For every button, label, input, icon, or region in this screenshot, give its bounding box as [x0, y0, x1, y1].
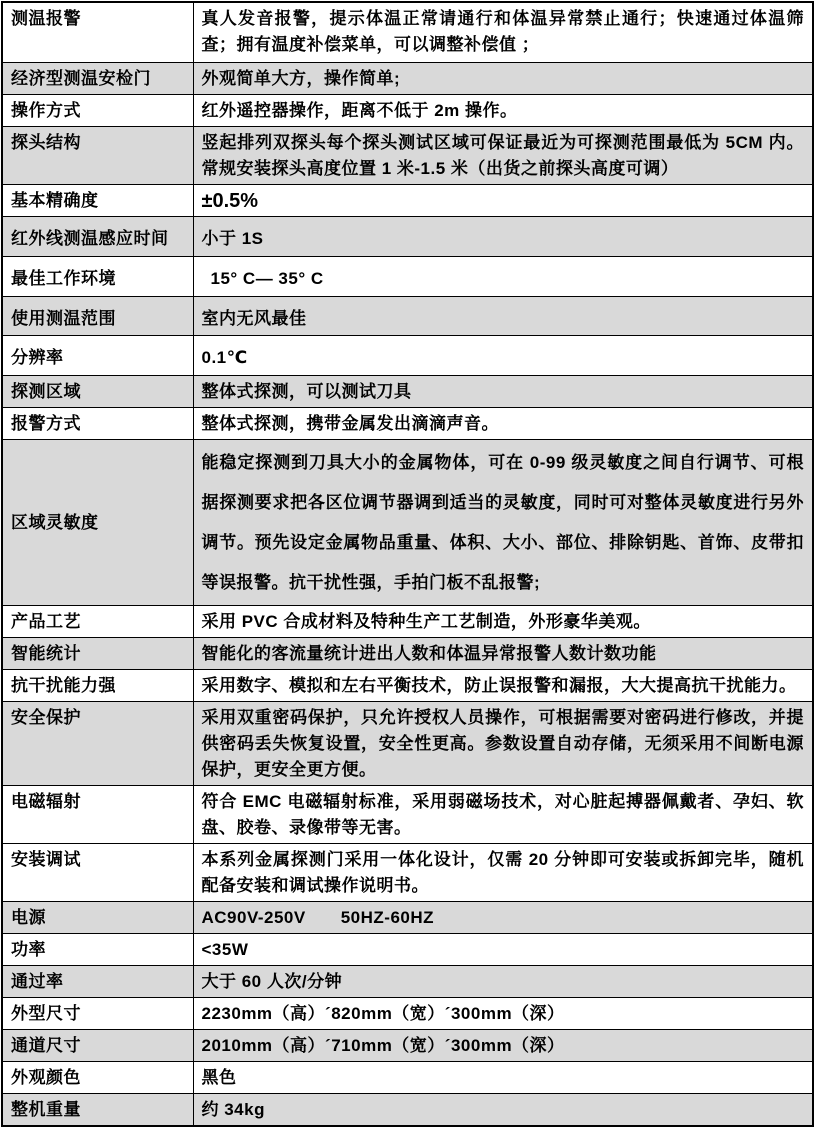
spec-value: 大于 60 人次/分钟: [193, 965, 813, 997]
spec-label: 外观颜色: [2, 1061, 193, 1093]
spec-sheet-page: 测温报警 真人发音报警，提示体温正常请通行和体温异常禁止通行；快速通过体温筛查；…: [0, 1, 815, 1084]
spec-value: 红外遥控器操作，距离不低于 2m 操作。: [193, 94, 813, 126]
spec-label: 探头结构: [2, 126, 193, 184]
spec-label: 智能统计: [2, 637, 193, 669]
spec-value: 室内无风最佳: [193, 296, 813, 335]
spec-label: 抗干扰能力强: [2, 669, 193, 701]
spec-value: ±0.5%: [193, 184, 813, 216]
spec-label: 通过率: [2, 965, 193, 997]
spec-label: 测温报警: [2, 2, 193, 62]
spec-label: 安装调试: [2, 843, 193, 901]
spec-value: 0.1℃: [193, 335, 813, 375]
spec-label: 探测区域: [2, 375, 193, 407]
spec-row: 分辨率 0.1℃: [2, 335, 813, 375]
spec-value: 整体式探测，携带金属发出滴滴声音。: [193, 407, 813, 439]
spec-value: 竖起排列双探头每个探头测试区域可保证最近为可探测范围最低为 5CM 内。常规安装…: [193, 126, 813, 184]
spec-value: 外观简单大方，操作简单;: [193, 62, 813, 94]
spec-label: 最佳工作环境: [2, 256, 193, 296]
spec-value: 2230mm（高）´820mm（宽）´300mm（深）: [193, 997, 813, 1029]
spec-row: 电磁辐射 符合 EMC 电磁辐射标准，采用弱磁场技术，对心脏起搏器佩戴者、孕妇、…: [2, 785, 813, 843]
spec-label: 报警方式: [2, 407, 193, 439]
spec-label: 基本精确度: [2, 184, 193, 216]
spec-label: 功率: [2, 933, 193, 965]
spec-value: 本系列金属探测门采用一体化设计，仅需 20 分钟即可安装或拆卸完毕，随机配备安装…: [193, 843, 813, 901]
spec-value: 15° C— 35° C: [193, 256, 813, 296]
spec-row: 智能统计 智能化的客流量统计进出人数和体温异常报警人数计数功能: [2, 637, 813, 669]
spec-value: <35W: [193, 933, 813, 965]
spec-row: 经济型测温安检门 外观简单大方，操作简单;: [2, 62, 813, 94]
spec-label: 区域灵敏度: [2, 439, 193, 605]
spec-value: 黑色: [193, 1061, 813, 1093]
spec-row: 产品工艺 采用 PVC 合成材料及特种生产工艺制造，外形豪华美观。: [2, 605, 813, 637]
spec-table-body: 测温报警 真人发音报警，提示体温正常请通行和体温异常禁止通行；快速通过体温筛查；…: [2, 2, 813, 1126]
spec-value: 小于 1S: [193, 216, 813, 256]
spec-label: 整机重量: [2, 1093, 193, 1126]
spec-label: 电源: [2, 901, 193, 933]
spec-row: 外型尺寸 2230mm（高）´820mm（宽）´300mm（深）: [2, 997, 813, 1029]
spec-row: 通过率 大于 60 人次/分钟: [2, 965, 813, 997]
spec-value: AC90V-250V 50HZ-60HZ: [193, 901, 813, 933]
spec-row: 抗干扰能力强 采用数字、模拟和左右平衡技术，防止误报警和漏报，大大提高抗干扰能力…: [2, 669, 813, 701]
spec-row: 安全保护 采用双重密码保护，只允许授权人员操作，可根据需要对密码进行修改，并提供…: [2, 701, 813, 785]
spec-value: 能稳定探测到刀具大小的金属物体，可在 0-99 级灵敏度之间自行调节、可根据探测…: [193, 439, 813, 605]
spec-label: 产品工艺: [2, 605, 193, 637]
spec-label: 经济型测温安检门: [2, 62, 193, 94]
spec-value: 2010mm（高）´710mm（宽）´300mm（深）: [193, 1029, 813, 1061]
spec-value: 采用数字、模拟和左右平衡技术，防止误报警和漏报，大大提高抗干扰能力。: [193, 669, 813, 701]
spec-row: 报警方式 整体式探测，携带金属发出滴滴声音。: [2, 407, 813, 439]
spec-row: 探头结构 竖起排列双探头每个探头测试区域可保证最近为可探测范围最低为 5CM 内…: [2, 126, 813, 184]
spec-row: 探测区域 整体式探测，可以测试刀具: [2, 375, 813, 407]
spec-row: 安装调试 本系列金属探测门采用一体化设计，仅需 20 分钟即可安装或拆卸完毕，随…: [2, 843, 813, 901]
spec-row: 测温报警 真人发音报警，提示体温正常请通行和体温异常禁止通行；快速通过体温筛查；…: [2, 2, 813, 62]
spec-value: 智能化的客流量统计进出人数和体温异常报警人数计数功能: [193, 637, 813, 669]
spec-label: 电磁辐射: [2, 785, 193, 843]
spec-row: 操作方式 红外遥控器操作，距离不低于 2m 操作。: [2, 94, 813, 126]
spec-label: 操作方式: [2, 94, 193, 126]
spec-row: 区域灵敏度 能稳定探测到刀具大小的金属物体，可在 0-99 级灵敏度之间自行调节…: [2, 439, 813, 605]
spec-value: 整体式探测，可以测试刀具: [193, 375, 813, 407]
spec-label: 使用测温范围: [2, 296, 193, 335]
spec-label: 红外线测温感应时间: [2, 216, 193, 256]
spec-row: 通道尺寸 2010mm（高）´710mm（宽）´300mm（深）: [2, 1029, 813, 1061]
spec-row: 整机重量 约 34kg: [2, 1093, 813, 1126]
spec-label: 安全保护: [2, 701, 193, 785]
spec-table: 测温报警 真人发音报警，提示体温正常请通行和体温异常禁止通行；快速通过体温筛查；…: [1, 1, 814, 1127]
spec-label: 分辨率: [2, 335, 193, 375]
spec-value: 符合 EMC 电磁辐射标准，采用弱磁场技术，对心脏起搏器佩戴者、孕妇、软盘、胶卷…: [193, 785, 813, 843]
spec-label: 通道尺寸: [2, 1029, 193, 1061]
spec-row: 红外线测温感应时间 小于 1S: [2, 216, 813, 256]
spec-row: 基本精确度 ±0.5%: [2, 184, 813, 216]
spec-row: 使用测温范围 室内无风最佳: [2, 296, 813, 335]
spec-value: 采用 PVC 合成材料及特种生产工艺制造，外形豪华美观。: [193, 605, 813, 637]
spec-row: 电源 AC90V-250V 50HZ-60HZ: [2, 901, 813, 933]
spec-value: 约 34kg: [193, 1093, 813, 1126]
spec-row: 功率 <35W: [2, 933, 813, 965]
spec-value: 采用双重密码保护，只允许授权人员操作，可根据需要对密码进行修改，并提供密码丢失恢…: [193, 701, 813, 785]
spec-row: 最佳工作环境 15° C— 35° C: [2, 256, 813, 296]
spec-row: 外观颜色 黑色: [2, 1061, 813, 1093]
spec-value: 真人发音报警，提示体温正常请通行和体温异常禁止通行；快速通过体温筛查；拥有温度补…: [193, 2, 813, 62]
spec-label: 外型尺寸: [2, 997, 193, 1029]
